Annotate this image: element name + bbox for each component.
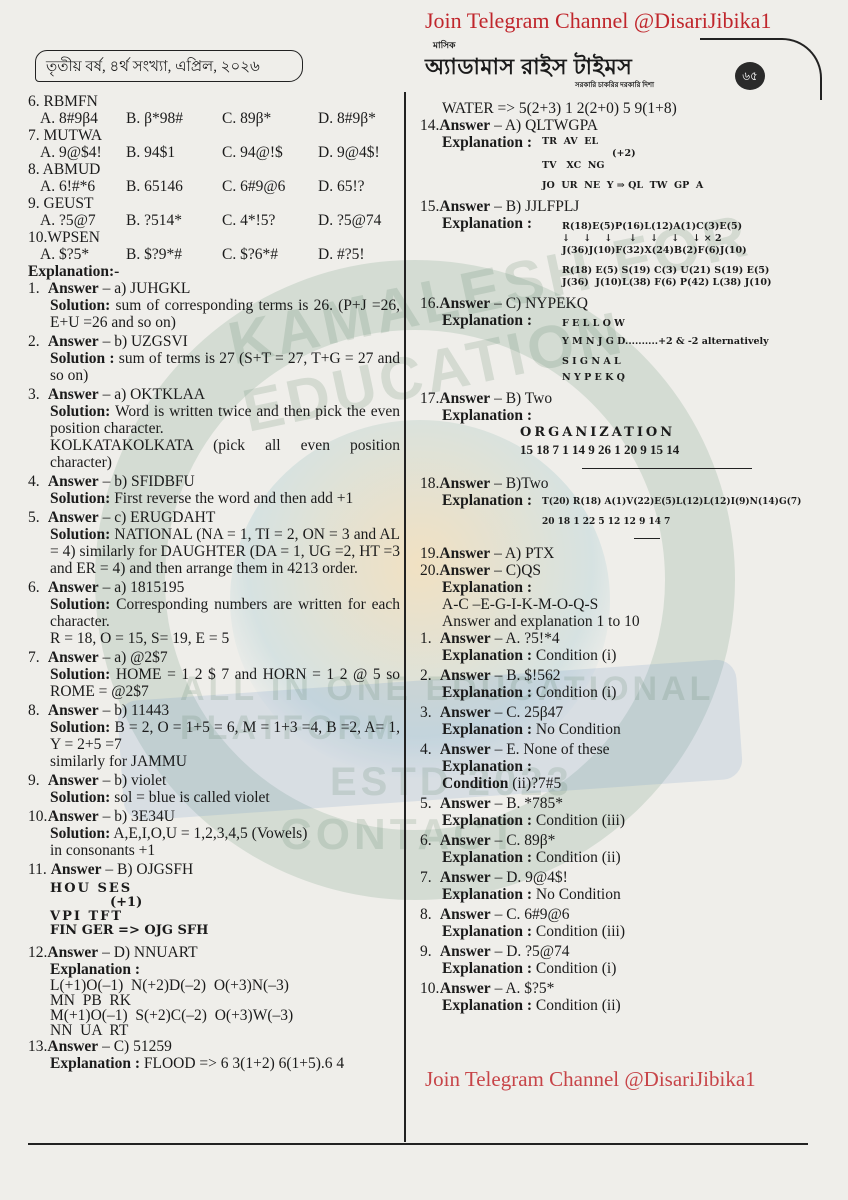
- option: D. 8#9β*: [318, 110, 376, 127]
- question-word: 10.WPSEN: [28, 229, 400, 246]
- answer-item: 2. Answer – B. $!562Explanation : Condit…: [420, 667, 820, 701]
- question-word: 8. ABMUD: [28, 161, 400, 178]
- option: D. ?5@74: [318, 212, 381, 229]
- option-row: A. $?5*B. $?9*#C. $?6*#D. #?5!: [28, 246, 400, 263]
- answer-list: 1. Answer – a) JUHGKLSolution: sum of co…: [28, 280, 400, 859]
- page-number: ৬৫: [735, 62, 765, 90]
- answer-12: 12.Answer – D) NNUART Explanation : L(+1…: [28, 944, 400, 1038]
- telegram-banner-top: Join Telegram Channel @DisariJibika1: [425, 8, 771, 34]
- brand-tagline: সরকারি চাকরির দরকারি দিশা: [575, 79, 654, 91]
- option-row: A. 9@$4!B. 94$1C. 94@!$D. 9@4$!: [28, 144, 400, 161]
- option: A. 8#9β4: [40, 110, 126, 127]
- answer-item: 5. Answer – B. *785*Explanation : Condit…: [420, 795, 820, 829]
- answer-15: 15.Answer – B) JJLFPLJ Explanation : R(1…: [420, 198, 820, 289]
- answer-16: 16.Answer – C) NYPEKQ Explanation : F E …: [420, 295, 820, 384]
- option: A. $?5*: [40, 246, 126, 263]
- question-item: 6. RBMFNA. 8#9β4B. β*98#C. 89β*D. 8#9β*: [28, 93, 400, 127]
- answer-13: 13.Answer – C) 51259 Explanation : FLOOD…: [28, 1038, 400, 1072]
- option: C. 4*!5?: [222, 212, 318, 229]
- option: C. 6#9@6: [222, 178, 318, 195]
- question-item: 7. MUTWAA. 9@$4!B. 94$1C. 94@!$D. 9@4$!: [28, 127, 400, 161]
- answer-item: 3. Answer – C. 25β47Explanation : No Con…: [420, 704, 820, 738]
- option: A. 6!#*6: [40, 178, 126, 195]
- option: A. 9@$4!: [40, 144, 126, 161]
- question-item: 10.WPSENA. $?5*B. $?9*#C. $?6*#D. #?5!: [28, 229, 400, 263]
- question-word: 9. GEUST: [28, 195, 400, 212]
- answer-item: 10. Answer – A. $?5*Explanation : Condit…: [420, 980, 820, 1014]
- answer-20: 20.Answer – C)QS Explanation : A-C –E-G-…: [420, 562, 820, 613]
- answer-item: 6. Answer – C. 89β*Explanation : Conditi…: [420, 832, 820, 866]
- diagram-17: ORGANIZATION 15 18 7 1 14 9 26 1 20 9 15…: [420, 424, 820, 469]
- left-column: 6. RBMFNA. 8#9β4B. β*98#C. 89β*D. 8#9β*7…: [28, 93, 400, 1072]
- question-word: 7. MUTWA: [28, 127, 400, 144]
- answer-item: 6. Answer – a) 1815195Solution: Correspo…: [28, 579, 400, 647]
- answer-item: 9. Answer – b) violetSolution: sol = blu…: [28, 772, 400, 806]
- option: B. 94$1: [126, 144, 222, 161]
- question-item: 8. ABMUDA. 6!#*6B. 65146C. 6#9@6D. 65!?: [28, 161, 400, 195]
- bottom-rule: [28, 1143, 808, 1145]
- explanation-line: MN PB RK: [50, 993, 400, 1008]
- answer-item: 1. Answer – A. ?5!*4Explanation : Condit…: [420, 630, 820, 664]
- answer-item: 10. Answer – b) 3E34USolution: A,E,I,O,U…: [28, 808, 400, 859]
- option: A. ?5@7: [40, 212, 126, 229]
- answer-18: 18.Answer – B)Two Explanation : T(20) R(…: [420, 475, 820, 539]
- option: C. 89β*: [222, 110, 318, 127]
- question-list: 6. RBMFNA. 8#9β4B. β*98#C. 89β*D. 8#9β*7…: [28, 93, 400, 263]
- answer-item: 7. Answer – D. 9@4$!Explanation : No Con…: [420, 869, 820, 903]
- explanation-line: NN UA RT: [50, 1023, 400, 1038]
- option: B. 65146: [126, 178, 222, 195]
- answer-14: 14.Answer – A) QLTWGPA Explanation : TR …: [420, 117, 820, 192]
- water-line: WATER => 5(2+3) 1 2(2+0) 5 9(1+8): [420, 100, 820, 117]
- question-word: 6. RBMFN: [28, 93, 400, 110]
- diagram-16: F E L L O W Y M N J G D..........+2 & -2…: [562, 312, 769, 384]
- diagram-11: HOU SES (+1) VPI TFT FIN GER => OJG SFH: [28, 878, 400, 938]
- option: B. β*98#: [126, 110, 222, 127]
- answer-item: 1. Answer – a) JUHGKLSolution: sum of co…: [28, 280, 400, 331]
- option-row: A. ?5@7B. ?514*C. 4*!5?D. ?5@74: [28, 212, 400, 229]
- option: D. 65!?: [318, 178, 365, 195]
- option: B. $?9*#: [126, 246, 222, 263]
- option-row: A. 6!#*6B. 65146C. 6#9@6D. 65!?: [28, 178, 400, 195]
- answer-17: 17.Answer – B) Two Explanation : ORGANIZ…: [420, 390, 820, 469]
- issue-label: তৃতীয় বর্ষ, ৪র্থ সংখ্যা, এপ্রিল, ২০২৬: [35, 50, 303, 82]
- answer-item: 2. Answer – b) UZGSVISolution : sum of t…: [28, 333, 400, 384]
- answer-item: 4. Answer – b) SFIDBFUSolution: First re…: [28, 473, 400, 507]
- option: D. #?5!: [318, 246, 365, 263]
- answer-item: 4. Answer – E. None of theseExplanation …: [420, 741, 820, 792]
- explanation-line: M(+1)O(–1) S(+2)C(–2) O(+3)W(–3): [50, 1008, 400, 1023]
- explanation-line: L(+1)O(–1) N(+2)D(–2) O(+3)N(–3): [50, 978, 400, 993]
- answer-item: 9. Answer – D. ?5@74Explanation : Condit…: [420, 943, 820, 977]
- telegram-banner-bottom: Join Telegram Channel @DisariJibika1: [425, 1067, 756, 1092]
- answer-19: 19.Answer – A) PTX: [420, 545, 820, 562]
- answer-item: 5. Answer – c) ERUGDAHTSolution: NATIONA…: [28, 509, 400, 577]
- question-item: 9. GEUSTA. ?5@7B. ?514*C. 4*!5?D. ?5@74: [28, 195, 400, 229]
- column-divider: [404, 92, 406, 1142]
- answer-item: 8. Answer – b) 11443Solution: B = 2, O =…: [28, 702, 400, 770]
- answer-set-list: 1. Answer – A. ?5!*4Explanation : Condit…: [420, 630, 820, 1014]
- answer-item: 8. Answer – C. 6#9@6Explanation : Condit…: [420, 906, 820, 940]
- answer-item: 3. Answer – a) OKTKLAASolution: Word is …: [28, 386, 400, 471]
- diagram-14: TR AV EL (+2) TV XC NG JO UR NE Y ⇒ QL T…: [542, 134, 703, 192]
- option: B. ?514*: [126, 212, 222, 229]
- option: C. 94@!$: [222, 144, 318, 161]
- option: D. 9@4$!: [318, 144, 380, 161]
- option-row: A. 8#9β4B. β*98#C. 89β*D. 8#9β*: [28, 110, 400, 127]
- explanation-heading: Explanation:-: [28, 263, 400, 280]
- set-heading: Answer and explanation 1 to 10: [420, 613, 820, 630]
- right-column: WATER => 5(2+3) 1 2(2+0) 5 9(1+8) 14.Ans…: [420, 100, 820, 1017]
- diagram-18: T(20) R(18) A(1)V(22)E(5)L(12)L(12)I(9)N…: [542, 492, 801, 539]
- answer-item: 7. Answer – a) @2$7Solution: HOME = 1 2 …: [28, 649, 400, 700]
- diagram-15: R(18)E(5)P(16)L(12)A(1)C(3)E(5) ↓ ↓ ↓ ↓ …: [562, 215, 771, 289]
- answer-11: 11. Answer – B) OJGSFH HOU SES (+1) VPI …: [28, 861, 400, 938]
- option: C. $?6*#: [222, 246, 318, 263]
